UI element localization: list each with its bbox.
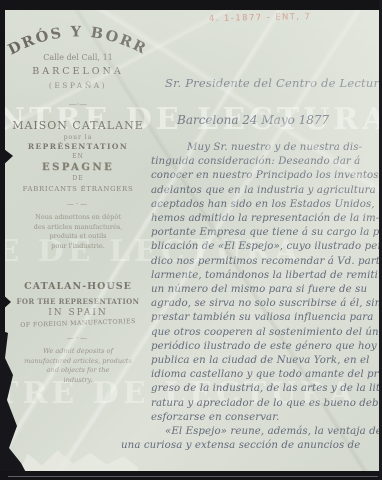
- letterhead-line: des articles manufacturés,: [7, 223, 149, 233]
- letterhead-line: DE: [7, 175, 149, 182]
- letter-line: periódico ilustrado de este género que h…: [151, 340, 379, 354]
- letter-line: prestar también su valiosa influencia pa…: [151, 311, 379, 325]
- letterhead-line: and objects for the: [7, 366, 149, 376]
- letterhead-line: —·—: [7, 200, 149, 208]
- letter-line: dico nos permitimos recomendar á Vd. par…: [151, 255, 379, 269]
- letterhead-line: produits et outils: [7, 232, 149, 242]
- letterhead-line: industry.: [7, 376, 149, 386]
- letter-line: larmente, tomándonos la libertad de remi…: [151, 269, 379, 283]
- firm-name-arc: PADRÓS Y BORRÁS: [7, 18, 149, 56]
- letter-line: portante Empresa que tiene á su cargo la…: [151, 226, 379, 240]
- letter-line: conocer en nuestro Principado los invent…: [151, 169, 379, 183]
- letter-dateline: Barcelona 24 Mayo 1877: [151, 113, 379, 127]
- letterhead-line: REPRÉSENTATION: [7, 142, 149, 151]
- letter-line: hemos admitido la representación de la i…: [151, 212, 379, 226]
- photo-edge-line: [8, 476, 378, 477]
- letter-line: tinguida consideración: Deseando dar á: [151, 155, 379, 169]
- letterhead-line: EN: [7, 153, 149, 160]
- letterhead-line: pour la: [7, 134, 149, 141]
- archive-reference: 4. 1-1877 - ENT, 7: [209, 12, 312, 24]
- letter-line: ratura y apreciador de lo que es bueno d…: [151, 397, 379, 411]
- svg-text:PADRÓS Y BORRÁS: PADRÓS Y BORRÁS: [7, 18, 149, 56]
- letter-line: greso de la industria, de las artes y de…: [151, 382, 379, 396]
- letter-line: adelantos que en la industria y agricult…: [151, 184, 379, 198]
- letter-line: aceptados han sido en los Estados Unidos…: [151, 198, 379, 212]
- letter-line: esforzarse en conservar.: [151, 411, 379, 425]
- letterhead-line: FOR THE REPRESENTATION: [7, 297, 149, 306]
- letter-line: un número del mismo para si fuere de su: [151, 283, 379, 297]
- letterhead-line: ESPAGNE: [7, 162, 149, 173]
- letter-line: blicación de «El Espejo», cuyo ilustrado…: [151, 240, 379, 254]
- letter-line: una curiosa y extensa sección de anuncio…: [121, 439, 379, 453]
- letterhead-line: —·—: [7, 334, 149, 342]
- letter-line: idioma castellano y que todo amante del …: [151, 368, 379, 382]
- letter-line: agrado, se sirva no solo suscribirse á é…: [151, 297, 379, 311]
- letter-line: publica en la ciudad de Nueva York, en e…: [151, 354, 379, 368]
- scanned-letter-screenshot: { "annotation": { "reference": "4. 1-187…: [0, 0, 382, 480]
- letter-paper: CENTRE DE LECTURA CENTRE DE LECTURA CENT…: [5, 10, 379, 471]
- letterhead-line: We admit deposits of: [7, 347, 149, 357]
- letterhead-lines: Calle del Call, 11BARCELONA(ESPAÑA)—·—MA…: [7, 53, 149, 385]
- letter-body: Sr. Presidente del Centro de Lectura— Ba…: [151, 76, 379, 453]
- letterhead-line: MAISON CATALANE: [7, 119, 149, 132]
- letterhead-line: (ESPAÑA): [7, 81, 149, 90]
- photo-edge-top: [0, 0, 382, 10]
- letter-line: que otros cooperen al sostenimiento del …: [151, 326, 379, 340]
- letterhead-line: CATALAN-HOUSE: [7, 281, 149, 292]
- letter-line: «El Espejo» reune, además, la ventaja de: [151, 425, 379, 439]
- letterhead-line: —·—: [7, 100, 149, 109]
- letter-salutation: Sr. Presidente del Centro de Lectura—: [151, 76, 379, 90]
- letterhead-line: manufactured articles, products: [7, 357, 149, 367]
- letterhead: PADRÓS Y BORRÁS Calle del Call, 11BARCEL…: [7, 18, 149, 385]
- letterhead-line: BARCELONA: [7, 66, 149, 77]
- letterhead-line: IN SPAIN: [7, 308, 149, 318]
- firm-name: PADRÓS Y BORRÁS: [7, 18, 149, 56]
- letterhead-line: Nous admettons en dépôt: [7, 213, 149, 223]
- letterhead-line: OF FOREIGN MANUFACTORIES: [7, 318, 149, 330]
- letterhead-line: FABRICANTS ÉTRANGERS: [7, 185, 149, 193]
- letter-line: Muy Sr. nuestro y de nuestra dis-: [151, 141, 379, 155]
- letterhead-line: Calle del Call, 11: [7, 53, 149, 62]
- letter-body-lines: Muy Sr. nuestro y de nuestra dis-tinguid…: [151, 141, 379, 453]
- letterhead-line: pour l'industrie.: [7, 242, 149, 252]
